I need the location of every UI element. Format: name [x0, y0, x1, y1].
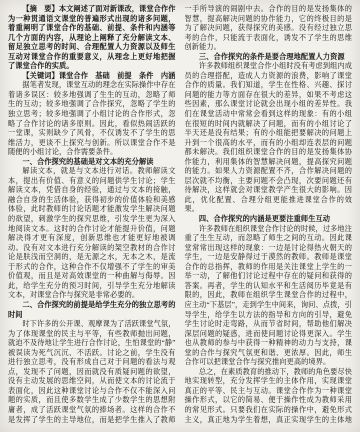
scanned-article-page: 【摘 要】本文阐述了面对新课改，课堂合作作为一种贯通语文课堂的普遍形式出现的诸多… — [0, 0, 360, 432]
keywords-paragraph: 【关键词】课堂合作 基础 前提 条件 内涵 — [8, 72, 176, 82]
section-1-body: 解读文本，就是与文本进行对话。教师解读文本，提出有价值、有意义的问题供学生讨论；… — [8, 167, 176, 301]
section-4-body: 许多教师在组织课堂合作讨论的时候，过多地注重了生生互动，而忽略了师生之间的互动。… — [185, 225, 353, 368]
section-1-heading: 一、合作探究的基础是对文本的充分解读 — [8, 158, 176, 168]
section-3-heading: 三、合作探究的条件是要合理地配置人力资源 — [185, 53, 353, 63]
section-2-heading: 二、合作探究的前提是给学生充分的独立思考的时间 — [8, 301, 176, 320]
section-4-heading: 四、合作探究的内涵是更要注重师生互动 — [185, 215, 353, 225]
section-3-body: 许多教师组织课堂合作小组时没有考虑到组内成员的合理搭配，造成人力资源的浪费，影响… — [185, 62, 353, 215]
abstract-paragraph: 【摘 要】本文阐述了面对新课改，课堂合作作为一种贯通语文课堂的普遍形式出现的诸多… — [8, 5, 176, 72]
intro-paragraph: 据笔者发现，课堂互动的理念在实际操作中存在着诸多误区：较多地强调了生生的互动，忽… — [8, 81, 176, 157]
article-two-column-body: 【摘 要】本文阐述了面对新课改，课堂合作作为一种贯通语文课堂的普遍形式出现的诸多… — [8, 5, 352, 428]
